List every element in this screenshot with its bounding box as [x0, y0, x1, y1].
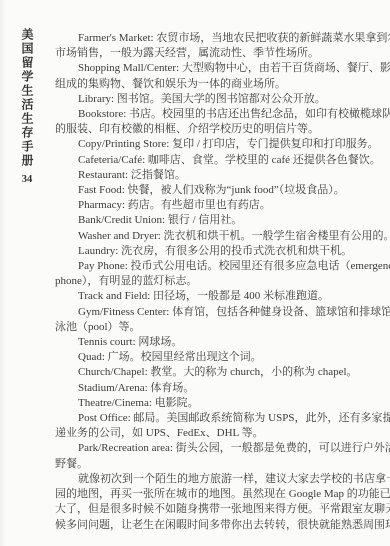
text-line: Gym/Fitness Center: 体育馆，包括各种健身设备、篮球馆和排球馆…	[55, 305, 379, 320]
text-line: Laundry: 洗衣房，有很多公用的投币式洗衣机和烘干机。	[55, 244, 379, 259]
text-line: 泳池（pool）等。	[55, 320, 379, 335]
text-line: phone），有明显的蓝灯标志。	[55, 274, 379, 289]
text-line: Pharmacy: 药店。有些超市里也有药店。	[55, 198, 379, 213]
text-line: Shopping Mall/Center: 大型购物中心，由若干百货商场、餐厅、…	[55, 61, 379, 76]
text-line: Fast Food: 快餐，被人们戏称为“junk food”（垃圾食品）。	[55, 183, 379, 198]
text-line: 市场销售，一般为露天经营，属流动性、季节性场所。	[55, 46, 379, 61]
text-line: 的服装、印有校徽的相框、介绍学校历史的明信片等。	[55, 122, 379, 137]
book-page: 美国留学生活生存手册 34 Farmer's Market: 农贸市场，当地农民…	[0, 0, 390, 546]
text-line: Bookstore: 书店。校园里的书店还出售纪念品，如印有校橄榄球队标志	[55, 107, 379, 122]
text-line: Copy/Printing Store: 复印 / 打印店，专门提供复印和打印服…	[55, 137, 379, 152]
text-line: Theatre/Cinema: 电影院。	[55, 396, 379, 411]
text-line: Restaurant: 泛指餐馆。	[55, 168, 379, 183]
text-line: Bank/Credit Union: 银行 / 信用社。	[55, 213, 379, 228]
text-line: Pay Phone: 投币式公用电话。校园里还有很多应急电话（emergency	[55, 259, 379, 274]
text-line: 大了，但是很多时候不如随身携带一张地图来得方便。平常跟室友聊天的时	[55, 502, 379, 517]
text-line: Tennis court: 网球场。	[55, 335, 379, 350]
text-line: 园的地图，再买一张所在城市的地图。虽然现在 Google Map 的功能已经很强	[55, 487, 379, 502]
text-line: 就像初次到一个陌生的地方旅游一样，建议大家去学校的书店拿一份校	[55, 472, 379, 487]
text-line: Library: 图书馆。美国大学的图书馆都对公众开放。	[55, 92, 379, 107]
text-line: 候多问问题，让老生在闲暇时间多带你出去转转，很快就能熟悉周围环境了。	[55, 518, 379, 533]
text-line: Farmer's Market: 农贸市场，当地农民把收获的新鲜蔬菜水果拿到农贸	[55, 31, 379, 46]
text-line: Stadium/Arena: 体育场。	[55, 381, 379, 396]
text-line: Washer and Dryer: 洗衣机和烘干机。一般学生宿舍楼里有公用的。	[55, 229, 379, 244]
page-content: Farmer's Market: 农贸市场，当地农民把收获的新鲜蔬菜水果拿到农贸…	[55, 31, 379, 533]
text-line: 递业务的公司，如 UPS、FedEx、DHL 等。	[55, 426, 379, 441]
page-number: 34	[18, 174, 36, 185]
text-line: Church/Chapel: 教堂。大的称为 church，小的称为 chape…	[55, 365, 379, 380]
text-line: Track and Field: 田径场，一般都是 400 米标准跑道。	[55, 289, 379, 304]
text-line: 组成的集购物、餐饮和娱乐为一体的商业场所。	[55, 77, 379, 92]
text-line: Quad: 广场。校园里经常出现这个词。	[55, 350, 379, 365]
text-line: 野餐。	[55, 457, 379, 472]
book-title: 美国留学生活生存手册	[18, 28, 36, 168]
sidebar: 美国留学生活生存手册 34	[18, 28, 36, 185]
text-line: Post Office: 邮局。美国邮政系统简称为 USPS，此外，还有多家提供…	[55, 411, 379, 426]
text-line: Cafeteria/Café: 咖啡店、食堂。学校里的 café 还提供各色餐饮…	[55, 153, 379, 168]
text-line: Park/Recreation area: 街头公园，一般都是免费的，可以进行户…	[55, 441, 379, 456]
